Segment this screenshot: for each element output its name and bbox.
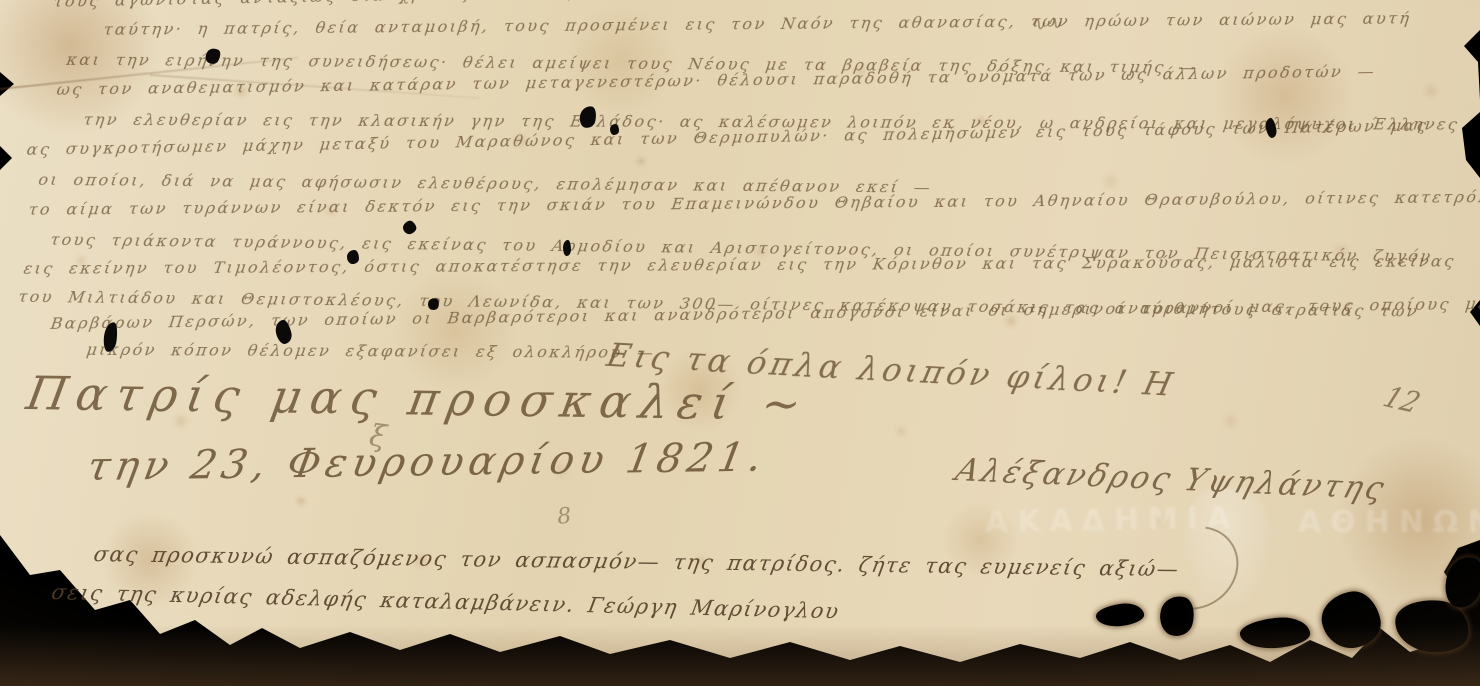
ink-blot	[610, 124, 619, 135]
paper-freckles	[0, 0, 2, 2]
ink-blot	[347, 250, 359, 264]
flourish-eight: 8	[556, 504, 573, 530]
manuscript-scan: ΑΚΑΔΗΜΙΑ ΑΘΗΝΩΝ τους αγωνιστάς ανταξίως …	[0, 0, 1480, 686]
ink-blot	[563, 240, 571, 256]
doodle-mark: ∿∿	[1028, 10, 1063, 36]
body-line: μικρόν κόπον θέλομεν εξαφανίσει εξ ολοκλ…	[85, 340, 657, 362]
watermark-text-right: ΑΘΗΝΩΝ	[1298, 505, 1480, 540]
date-line: την 23, Φευρουαρίου 1821.	[84, 435, 771, 490]
call-to-arms-line-2: Πατρίς μας προσκαλεί ~	[23, 366, 815, 431]
